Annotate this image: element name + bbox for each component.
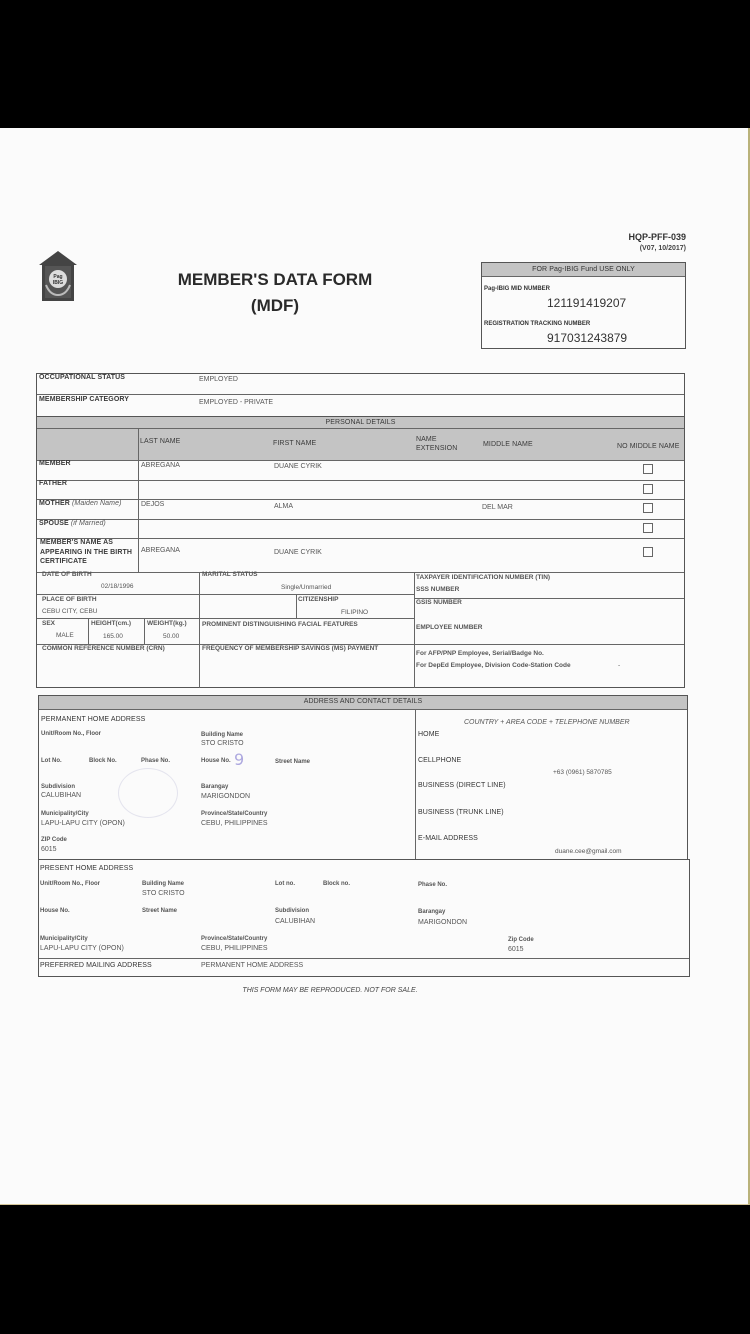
sex-label: SEX <box>42 620 55 627</box>
membership-category-label: MEMBERSHIP CATEGORY <box>39 396 129 403</box>
rtn-value: 917031243879 <box>547 331 627 345</box>
col-no-middle-name: NO MIDDLE NAME <box>617 443 679 450</box>
afp-pnp-label: For AFP/PNP Employee, Serial/Badge No. <box>416 650 544 657</box>
birth-cert-first-name: DUANE CYRIK <box>274 549 322 556</box>
present-zip-value: 6015 <box>508 946 524 953</box>
tin-label: TAXPAYER IDENTIFICATION NUMBER (TIN) <box>416 574 550 581</box>
col-first-name: FIRST NAME <box>273 440 316 447</box>
deped-value: - <box>618 662 620 669</box>
permanent-subdivision-value: CALUBIHAN <box>41 792 81 799</box>
address-section-title: ADDRESS AND CONTACT DETAILS <box>39 698 687 705</box>
dob-label: DATE OF BIRTH <box>42 571 92 578</box>
member-last-name: ABREGANA <box>141 462 180 469</box>
present-barangay-value: MARIGONDON <box>418 919 467 926</box>
permanent-barangay-value: MARIGONDON <box>201 793 250 800</box>
pag-ibig-logo-icon: Pag IBIG <box>38 249 78 305</box>
present-city-value: LAPU-LAPU CITY (OPON) <box>40 945 124 952</box>
birth-cert-no-middle-name-checkbox[interactable] <box>643 547 653 557</box>
col-middle-name: MIDDLE NAME <box>483 441 533 448</box>
form-subtitle: (MDF) <box>160 296 390 316</box>
facial-features-label: PROMINENT DISTINGUISHING FACIAL FEATURES <box>202 621 358 628</box>
sss-label: SSS NUMBER <box>416 586 459 593</box>
personal-details-title: PERSONAL DETAILS <box>37 419 684 426</box>
permanent-zip-value: 6015 <box>41 846 57 853</box>
permanent-province-value: CEBU, PHILIPPINES <box>201 820 268 827</box>
father-no-middle-name-checkbox[interactable] <box>643 484 653 494</box>
sex-value: MALE <box>56 632 74 639</box>
ms-frequency-label: FREQUENCY OF MEMBERSHIP SAVINGS (MS) PAY… <box>202 645 378 652</box>
rtn-label: REGISTRATION TRACKING NUMBER <box>484 321 590 327</box>
cellphone-value: +63 (0961) 5870785 <box>553 769 612 776</box>
weight-label: WEIGHT(kg.) <box>147 620 187 627</box>
fund-use-heading: FOR Pag-IBIG Fund USE ONLY <box>482 266 685 273</box>
house-number-handwritten: 9 <box>234 750 244 769</box>
preferred-mailing-label: PREFERRED MAILING ADDRESS <box>40 962 152 969</box>
occupational-status-value: EMPLOYED <box>199 376 238 383</box>
svg-text:IBIG: IBIG <box>53 280 63 286</box>
present-building-value: STO CRISTO <box>142 890 185 897</box>
marital-status-label: MARITAL STATUS <box>202 571 258 578</box>
form-page: Pag IBIG MEMBER'S DATA FORM (MDF) HQP-PF… <box>0 128 750 1205</box>
employee-number-label: EMPLOYEE NUMBER <box>416 624 482 631</box>
weight-value: 50.00 <box>163 633 179 640</box>
marital-status-value: Single/Unmarried <box>281 584 331 591</box>
pob-value: CEBU CITY, CEBU <box>42 608 98 615</box>
member-first-name: DUANE CYRIK <box>274 463 322 470</box>
form-title: MEMBER'S DATA FORM <box>160 270 390 290</box>
membership-category-value: EMPLOYED - PRIVATE <box>199 399 273 406</box>
deped-label: For DepEd Employee, Division Code-Statio… <box>416 662 571 669</box>
footer-note: THIS FORM MAY BE REPRODUCED. NOT FOR SAL… <box>200 987 460 994</box>
occupational-status-label: OCCUPATIONAL STATUS <box>39 374 125 381</box>
birth-cert-last-name: ABREGANA <box>141 547 180 554</box>
mother-no-middle-name-checkbox[interactable] <box>643 503 653 513</box>
crn-label: COMMON REFERENCE NUMBER (CRN) <box>42 645 165 652</box>
permanent-city-value: LAPU-LAPU CITY (OPON) <box>41 820 125 827</box>
mother-last-name: DEJOS <box>141 501 164 508</box>
col-name-extension: NAME EXTENSION <box>416 435 457 453</box>
permanent-building-value: STO CRISTO <box>201 740 244 747</box>
email-value: duane.cee@gmail.com <box>555 848 622 855</box>
form-code: HQP-PFF-039 <box>628 232 686 242</box>
gsis-label: GSIS NUMBER <box>416 599 462 606</box>
citizenship-label: CITIZENSHIP <box>298 596 338 603</box>
present-province-value: CEBU, PHILIPPINES <box>201 945 268 952</box>
mid-label: Pag-IBIG MID NUMBER <box>484 286 550 292</box>
mother-first-name: ALMA <box>274 503 293 510</box>
form-version: (V07, 10/2017) <box>640 245 686 252</box>
mother-middle-name: DEL MAR <box>482 504 513 511</box>
spouse-no-middle-name-checkbox[interactable] <box>643 523 653 533</box>
mid-value: 121191419207 <box>547 296 626 310</box>
height-label: HEIGHT(cm.) <box>91 620 131 627</box>
height-value: 165.00 <box>103 633 123 640</box>
pob-label: PLACE OF BIRTH <box>42 596 97 603</box>
citizenship-value: FILIPINO <box>341 609 368 616</box>
present-subdivision-value: CALUBIHAN <box>275 918 315 925</box>
member-no-middle-name-checkbox[interactable] <box>643 464 653 474</box>
present-address <box>38 859 690 977</box>
col-last-name: LAST NAME <box>140 438 180 445</box>
preferred-mailing-value: PERMANENT HOME ADDRESS <box>201 962 303 969</box>
dob-value: 02/18/1996 <box>101 583 134 590</box>
